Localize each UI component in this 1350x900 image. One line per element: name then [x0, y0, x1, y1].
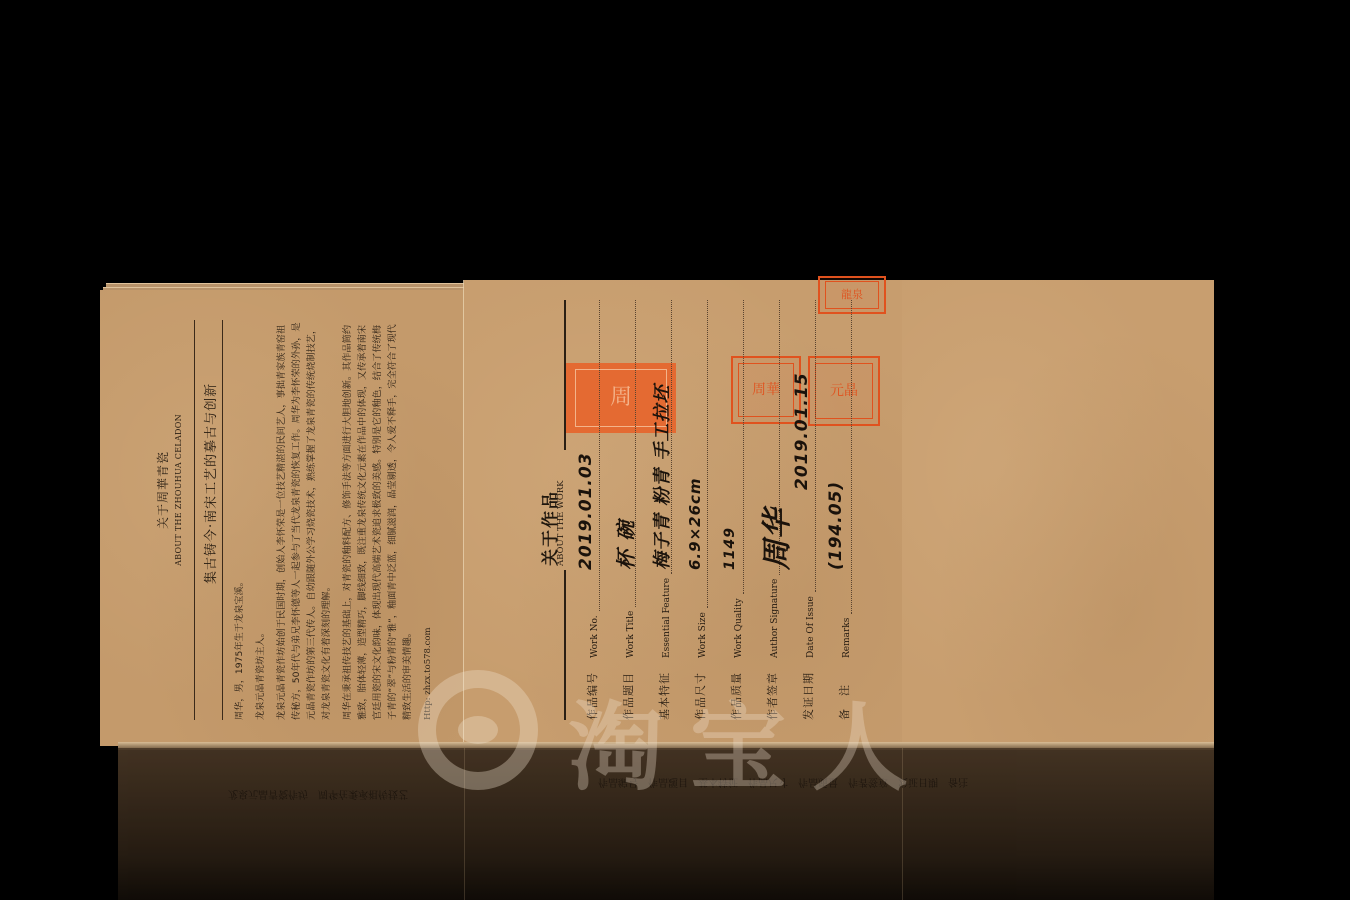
bio-paragraph-innovation: 周华在秉承祖传技艺的基础上，对青瓷的釉料配方、修饰手法等方面进行大胆地创新。其作… — [340, 320, 415, 720]
heading-rule-top — [194, 320, 195, 720]
handwritten-signature: 周华 — [752, 508, 796, 570]
bio-paragraph-history: 龙泉元晶青瓷作坊始创于民国时期，创始人李怀荣是一位技艺精湛的民间艺人，事拙青家族… — [274, 320, 334, 720]
bio-line-2: 龙泉元晶青瓷坊主人。 — [253, 320, 268, 720]
handwritten-remarks: (194.05) — [826, 481, 846, 570]
field-work-quality: 作品质量 Work Quality — [724, 300, 744, 720]
handwritten-size: 6.9×26cm — [686, 477, 704, 570]
bio-line-1: 周华，男，1975年生于龙泉宝溪。 — [232, 320, 247, 720]
work-section-subtitle: ABOUT THE WORK — [556, 481, 566, 567]
reflected-body-text: 龙泉元晶青瓷作坊 周华在秉承祖传技艺 — [228, 788, 408, 803]
surface-reflection: 作品编号 作品题目 基本特征 作品尺寸 作品质量 作者签章 发证日期 备注 龙泉… — [118, 748, 1214, 900]
handwritten-date: 2019.01.15 — [792, 372, 812, 490]
title-rule-right — [564, 300, 566, 450]
handwritten-work-no: 2019.01.03 — [576, 452, 596, 570]
handwritten-quality: 1149 — [722, 527, 738, 570]
title-rule-left — [564, 570, 566, 720]
left-body-text: 周华，男，1975年生于龙泉宝溪。 龙泉元晶青瓷坊主人。 龙泉元晶青瓷作坊始创于… — [232, 320, 442, 720]
left-panel-content: 关于周華青瓷 ABOUT THE ZHOUHUA CELADON 集古铸今·南宋… — [128, 320, 458, 720]
field-work-title: 作品题目 Work Title — [616, 300, 636, 720]
middle-panel-content: 关于作品 ABOUT THE WORK 作品编号 Work No. 作品题目 W… — [520, 300, 900, 720]
left-heading: 集古铸今·南宋工艺的摹古与创新 — [200, 320, 219, 700]
website-url: Http: zhzx.to578.com — [421, 320, 436, 720]
left-title: 关于周華青瓷 — [154, 340, 171, 640]
handwritten-work-title: 杯 碗 — [610, 520, 639, 570]
handwritten-feature: 梅子青 粉青 手工拉坯 — [648, 384, 674, 570]
field-date-of-issue: 发证日期 Date Of Issue — [796, 300, 816, 720]
heading-rule-bottom — [222, 320, 223, 720]
reflected-field-labels: 作品编号 作品题目 基本特征 作品尺寸 作品质量 作者签章 发证日期 备注 — [598, 776, 968, 791]
photo-stage: 关于周華青瓷 ABOUT THE ZHOUHUA CELADON 集古铸今·南宋… — [0, 0, 1350, 900]
left-subtitle: ABOUT THE ZHOUHUA CELADON — [174, 340, 183, 640]
right-panel-blank — [902, 280, 1214, 746]
